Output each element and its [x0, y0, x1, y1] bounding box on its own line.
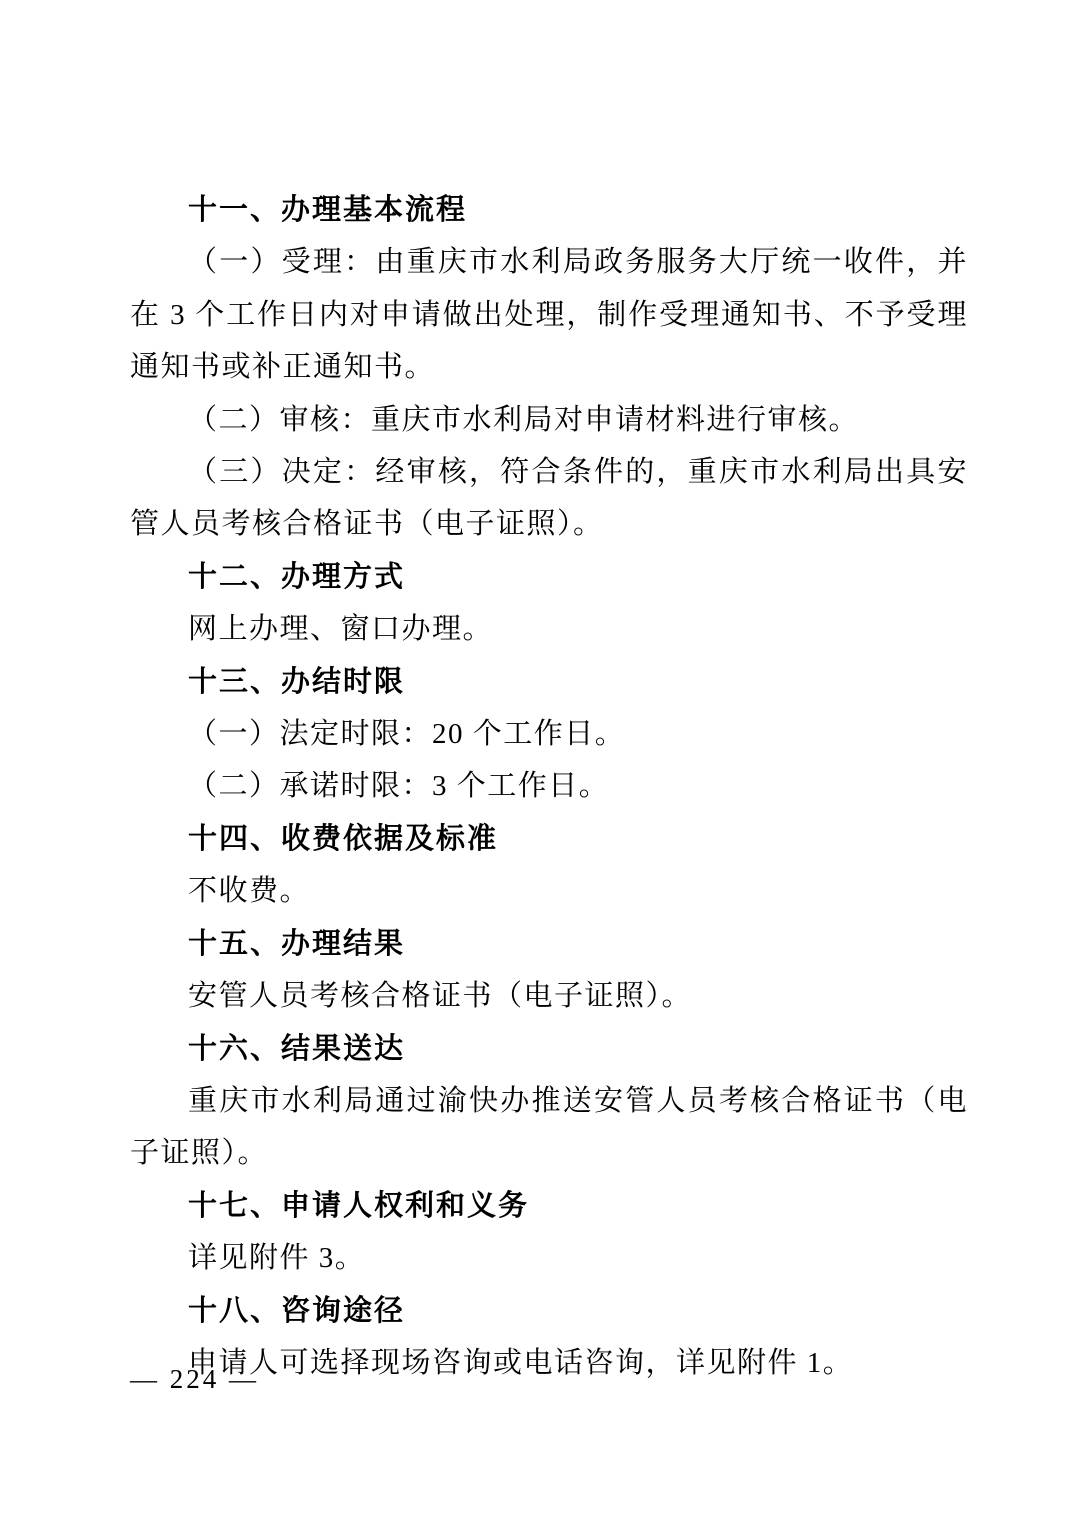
section-heading: 十八、咨询途径	[130, 1285, 968, 1337]
paragraph: 不收费。	[130, 865, 968, 917]
paragraph: （二）审核：重庆市水利局对申请材料进行审核。	[130, 394, 968, 446]
section-heading: 十七、申请人权利和义务	[130, 1180, 968, 1232]
section-heading: 十三、办结时限	[130, 656, 968, 708]
section-heading: 十一、办理基本流程	[130, 184, 968, 236]
paragraph: （二）承诺时限：3 个工作日。	[130, 760, 968, 812]
section: 十三、办结时限 （一）法定时限：20 个工作日。（二）承诺时限：3 个工作日。	[130, 656, 968, 813]
section: 十六、结果送达 重庆市水利局通过渝快办推送安管人员考核合格证书（电子证照）。	[130, 1023, 968, 1180]
section: 十五、办理结果 安管人员考核合格证书（电子证照）。	[130, 918, 968, 1023]
section: 十二、办理方式 网上办理、窗口办理。	[130, 551, 968, 656]
page-number: — 224 —	[130, 1362, 259, 1396]
paragraph: 重庆市水利局通过渝快办推送安管人员考核合格证书（电子证照）。	[130, 1075, 968, 1180]
paragraph: 安管人员考核合格证书（电子证照）。	[130, 970, 968, 1022]
paragraph: （一）法定时限：20 个工作日。	[130, 708, 968, 760]
paragraph: （三）决定：经审核，符合条件的，重庆市水利局出具安管人员考核合格证书（电子证照）…	[130, 446, 968, 551]
section: 十七、申请人权利和义务 详见附件 3。	[130, 1180, 968, 1285]
section: 十一、办理基本流程 （一）受理：由重庆市水利局政务服务大厅统一收件，并在 3 个…	[130, 184, 968, 551]
section-heading: 十六、结果送达	[130, 1023, 968, 1075]
section-heading: 十五、办理结果	[130, 918, 968, 970]
paragraph: （一）受理：由重庆市水利局政务服务大厅统一收件，并在 3 个工作日内对申请做出处…	[130, 236, 968, 393]
section-heading: 十二、办理方式	[130, 551, 968, 603]
document-page: 十一、办理基本流程 （一）受理：由重庆市水利局政务服务大厅统一收件，并在 3 个…	[0, 0, 1075, 1519]
paragraph: 网上办理、窗口办理。	[130, 603, 968, 655]
paragraph: 详见附件 3。	[130, 1232, 968, 1284]
section-heading: 十四、收费依据及标准	[130, 813, 968, 865]
section: 十四、收费依据及标准 不收费。	[130, 813, 968, 918]
document-body: 十一、办理基本流程 （一）受理：由重庆市水利局政务服务大厅统一收件，并在 3 个…	[130, 184, 968, 1389]
